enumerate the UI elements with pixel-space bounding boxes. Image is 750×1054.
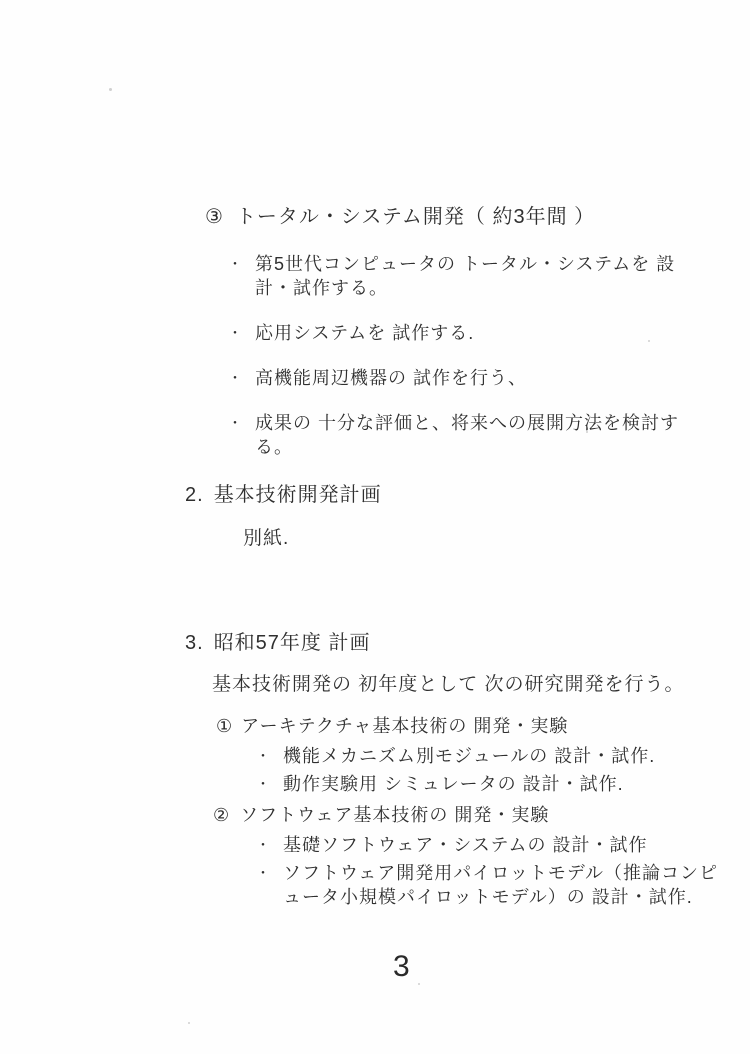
bullet-item: ・ 成果の 十分な評価と、将来への展開方法を検討する。 xyxy=(228,411,698,459)
bullet-item: ・ 第5世代コンピュータの トータル・システムを 設計・試作する。 xyxy=(228,252,698,300)
subitem1-block: ①アーキテクチャ基本技術の 開発・実験 ・ 機能メカニズム別モジュールの 設計・… xyxy=(216,714,706,800)
bullet-text: 第5世代コンピュータの トータル・システムを 設計・試作する。 xyxy=(255,252,698,300)
bullet-text: 成果の 十分な評価と、将来への展開方法を検討する。 xyxy=(255,411,698,459)
subitem2-bullets: ・ 基礎ソフトウェア・システムの 設計・試作 ・ ソフトウェア開発用パイロットモ… xyxy=(256,833,723,909)
subitem2-block: ②ソフトウェア基本技術の 開発・実験 ・ 基礎ソフトウェア・システムの 設計・試… xyxy=(213,803,723,913)
bullet-item: ・ 基礎ソフトウェア・システムの 設計・試作 xyxy=(256,833,723,857)
bullet-dot: ・ xyxy=(256,744,271,768)
bullet-text: 応用システムを 試作する. xyxy=(255,321,474,345)
subitem1-heading: ①アーキテクチャ基本技術の 開発・実験 xyxy=(216,714,706,738)
bullet-dot: ・ xyxy=(228,321,243,345)
scanned-document-page: ③トータル・システム開発（ 約3年間 ） ・ 第5世代コンピュータの トータル・… xyxy=(0,0,750,1054)
scan-speck xyxy=(188,1022,190,1024)
bullet-item: ・ 高機能周辺機器の 試作を行う、 xyxy=(228,366,698,390)
subitem1-bullets: ・ 機能メカニズム別モジュールの 設計・試作. ・ 動作実験用 シミュレータの … xyxy=(256,744,706,796)
circled-1-marker: ① xyxy=(216,714,233,738)
subitem2-title: ソフトウェア基本技術の 開発・実験 xyxy=(240,805,549,825)
section2-body: 別紙. xyxy=(243,526,289,551)
scan-speck xyxy=(408,414,410,416)
bullet-dot: ・ xyxy=(228,366,243,390)
bullet-dot: ・ xyxy=(256,861,271,885)
item3-heading: ③トータル・システム開発（ 約3年間 ） xyxy=(205,204,595,230)
circled-2-marker: ② xyxy=(213,803,230,827)
section3-title: 昭和57年度 計画 xyxy=(214,632,371,654)
subitem2-heading: ②ソフトウェア基本技術の 開発・実験 xyxy=(213,803,723,827)
bullet-item: ・ 動作実験用 シミュレータの 設計・試作. xyxy=(256,772,706,796)
bullet-text: 動作実験用 シミュレータの 設計・試作. xyxy=(283,772,624,796)
scan-speck xyxy=(109,88,112,91)
circled-3-marker: ③ xyxy=(205,204,224,230)
page-number: 3 xyxy=(393,950,410,984)
section2-title: 基本技術開発計画 xyxy=(214,484,382,506)
bullet-item: ・ 応用システムを 試作する. xyxy=(228,321,698,345)
bullet-dot: ・ xyxy=(228,252,243,276)
section3-number: 3. xyxy=(185,630,204,656)
subitem1-title: アーキテクチャ基本技術の 開発・実験 xyxy=(241,716,568,736)
bullet-dot: ・ xyxy=(256,833,271,857)
bullet-text: 機能メカニズム別モジュールの 設計・試作. xyxy=(283,744,655,768)
item3-bullet-list: ・ 第5世代コンピュータの トータル・システムを 設計・試作する。 ・ 応用シス… xyxy=(228,252,698,480)
section2-number: 2. xyxy=(185,482,204,508)
bullet-text: ソフトウェア開発用パイロットモデル（推論コンピュータ小規模パイロットモデル）の … xyxy=(283,861,721,909)
section3-intro: 基本技術開発の 初年度として 次の研究開発を行う。 xyxy=(212,672,685,697)
scan-speck xyxy=(648,340,650,342)
bullet-dot: ・ xyxy=(228,411,243,435)
scan-speck xyxy=(418,983,420,985)
bullet-dot: ・ xyxy=(256,772,271,796)
bullet-text: 高機能周辺機器の 試作を行う、 xyxy=(255,366,527,390)
bullet-item: ・ ソフトウェア開発用パイロットモデル（推論コンピュータ小規模パイロットモデル）… xyxy=(256,861,723,909)
scan-speck xyxy=(586,431,588,433)
section2-heading: 2.基本技術開発計画 xyxy=(185,482,382,508)
bullet-item: ・ 機能メカニズム別モジュールの 設計・試作. xyxy=(256,744,706,768)
bullet-text: 基礎ソフトウェア・システムの 設計・試作 xyxy=(283,833,647,857)
item3-title: トータル・システム開発（ 約3年間 ） xyxy=(236,206,595,228)
section3-heading: 3.昭和57年度 計画 xyxy=(185,630,371,656)
